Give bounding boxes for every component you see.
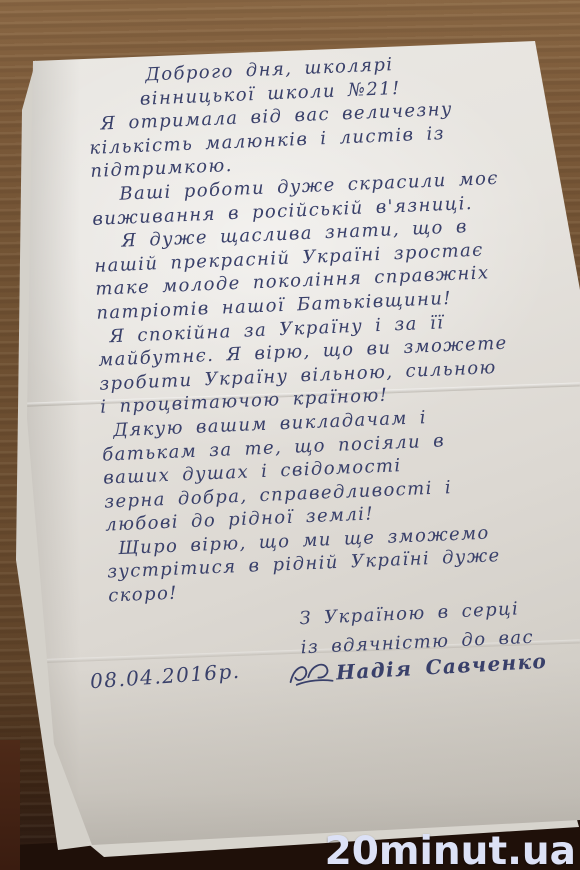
paper-shadow-bottom bbox=[0, 660, 580, 850]
letter-body: Доброго дня, школярівінницької школи №21… bbox=[86, 48, 534, 608]
signature-flourish-icon bbox=[287, 660, 334, 689]
watermark-20minut: 20minut.ua bbox=[325, 829, 576, 870]
desk-left-edge bbox=[0, 740, 20, 870]
letter-photo: Доброго дня, школярівінницької школи №21… bbox=[0, 0, 580, 870]
